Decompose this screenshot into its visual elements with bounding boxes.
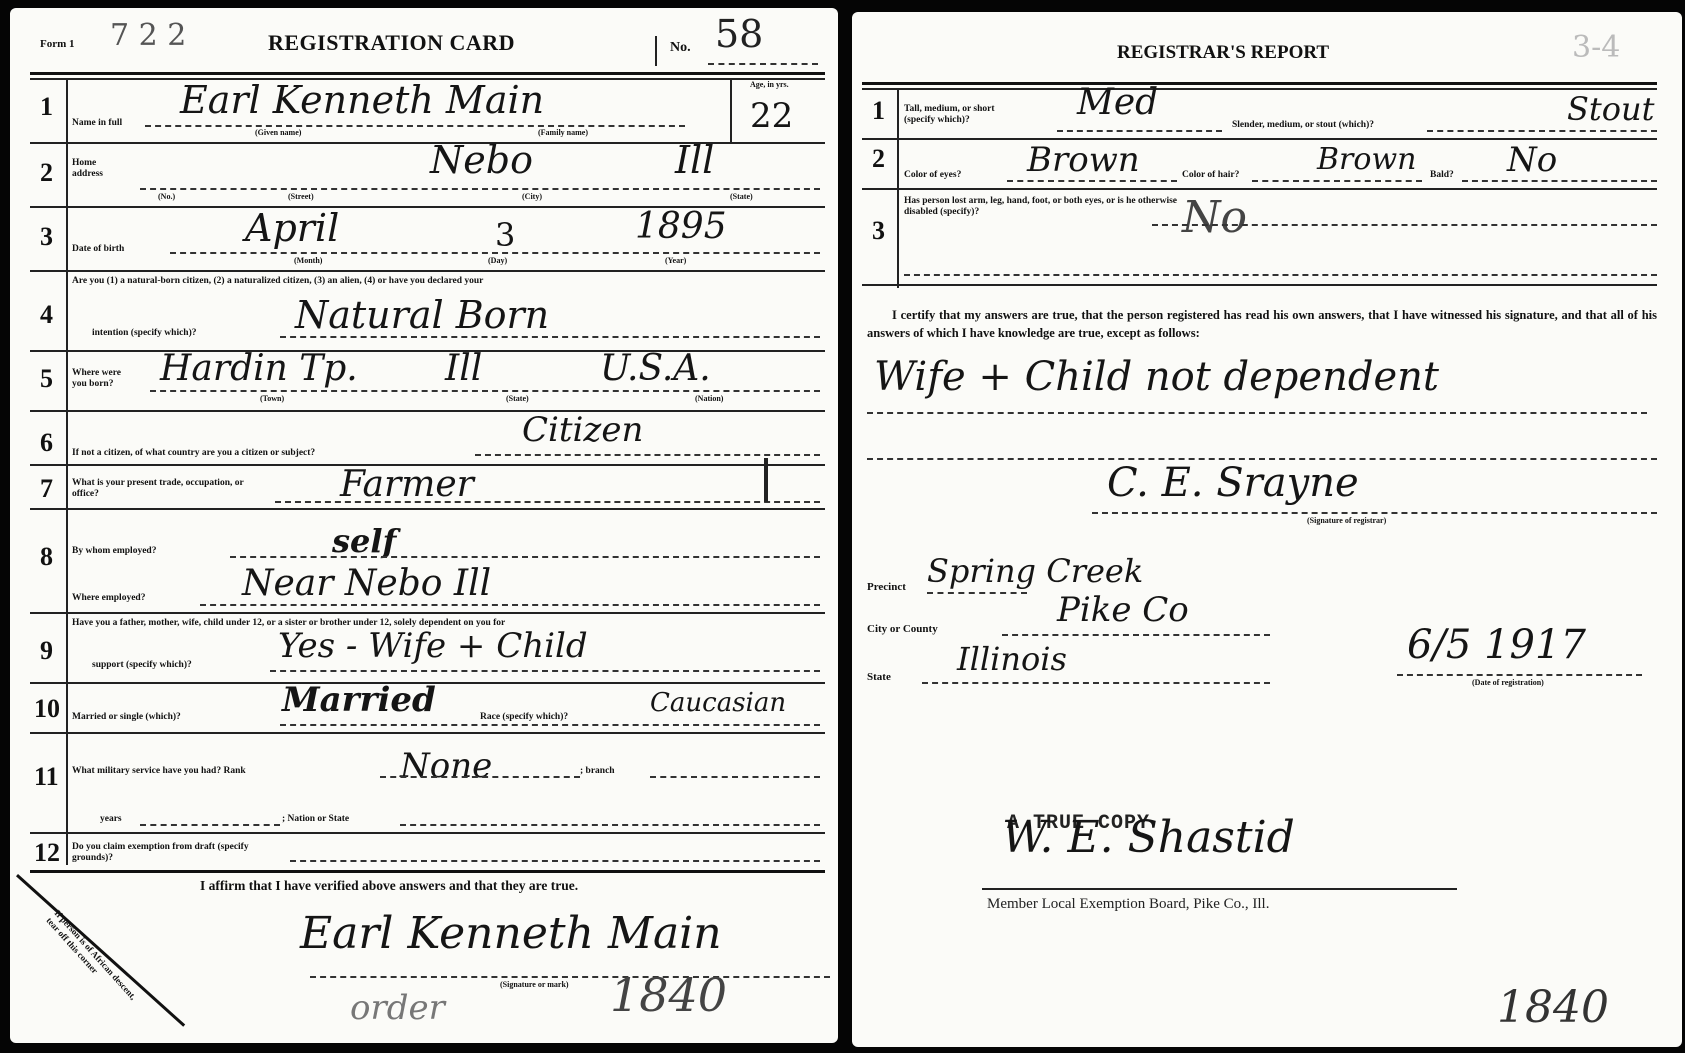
support-label: support (specify which)? — [92, 660, 192, 671]
height-label: Tall, medium, or short (specify which)? — [904, 104, 1014, 126]
dob-day-value: 3 — [495, 216, 515, 254]
birthplace-label: Where were you born? — [72, 368, 132, 390]
signature-caption: (Signature or mark) — [500, 980, 569, 989]
form-label: Form 1 — [40, 38, 75, 50]
report-row-number-2: 2 — [872, 144, 885, 174]
registrant-signature: Earl Kenneth Main — [300, 908, 722, 959]
citizen-of-value: Citizen — [522, 410, 643, 450]
name-label: Name in full — [72, 118, 122, 129]
row-number-10: 10 — [34, 694, 60, 724]
row-number-8: 8 — [40, 542, 53, 572]
registrars-report-back: REGISTRAR'S REPORT 3-4 1 Tall, medium, o… — [852, 12, 1682, 1047]
affirmation-text: I affirm that I have verified above answ… — [200, 878, 578, 894]
citizenship-value: Natural Born — [295, 293, 549, 337]
state-value: Illinois — [957, 640, 1067, 678]
caption-year: (Year) — [665, 256, 686, 265]
report-title: REGISTRAR'S REPORT — [1117, 42, 1329, 64]
dob-year-value: 1895 — [635, 206, 727, 247]
hair-color-label: Color of hair? — [1182, 170, 1239, 181]
height-value: Med — [1077, 82, 1158, 123]
precinct-label: Precinct — [867, 582, 906, 593]
caption-no: (No.) — [158, 192, 175, 201]
registration-date-caption: (Date of registration) — [1472, 678, 1544, 687]
eye-color-value: Brown — [1027, 140, 1140, 180]
row-number-12: 12 — [34, 838, 60, 868]
citizen-of-label: If not a citizen, of what country are yo… — [72, 448, 315, 459]
home-city-value: Nebo — [430, 138, 533, 182]
bald-value: No — [1507, 140, 1557, 180]
row-number-4: 4 — [40, 300, 53, 330]
registrar-signature: C. E. Srayne — [1107, 460, 1359, 506]
occupation-value: Farmer — [340, 464, 474, 505]
military-rank-label: What military service have you had? Rank — [72, 766, 246, 777]
nation-or-state-label: ; Nation or State — [282, 814, 349, 825]
form-number-handwritten: 7 2 2 — [110, 18, 186, 53]
card-number: 58 — [715, 12, 763, 56]
report-row-number-3: 3 — [872, 216, 885, 246]
military-service-value: None — [400, 746, 492, 786]
caption-state: (State) — [730, 192, 753, 201]
row-number-1: 1 — [40, 92, 53, 122]
card-title: REGISTRATION CARD — [268, 30, 515, 56]
exemption-label: Do you claim exemption from draft (speci… — [72, 842, 282, 864]
disability-label: Has person lost arm, leg, hand, foot, or… — [904, 196, 1194, 218]
exception-value: Wife + Child not dependent — [874, 354, 1439, 400]
caption-town: (Town) — [260, 394, 284, 403]
precinct-value: Spring Creek — [927, 552, 1143, 590]
race-value: Caucasian — [650, 688, 786, 718]
pencil-order-number: 1840 — [610, 968, 727, 1022]
birthplace-town-value: Hardin Tp. — [160, 348, 358, 389]
caption-day: (Day) — [488, 256, 507, 265]
back-pencil-number: 1840 — [1497, 982, 1609, 1033]
caption-nation: (Nation) — [695, 394, 723, 403]
years-label: years — [100, 814, 122, 825]
build-value: Stout — [1567, 90, 1655, 128]
birthplace-state-value: Ill — [445, 348, 482, 389]
city-county-label: City or County — [867, 624, 938, 635]
occupation-label: What is your present trade, occupation, … — [72, 478, 272, 500]
row-number-11: 11 — [34, 762, 59, 792]
row-number-5: 5 — [40, 364, 53, 394]
hair-color-value: Brown — [1317, 142, 1416, 177]
given-name-caption: (Given name) — [255, 128, 301, 137]
employment-place-value: Near Nebo Ill — [242, 563, 491, 604]
citizenship-question: Are you (1) a natural-born citizen, (2) … — [72, 276, 483, 287]
caption-street: (Street) — [288, 192, 314, 201]
row-number-7: 7 — [40, 474, 53, 504]
number-label: No. — [670, 40, 691, 56]
age-label: Age, in yrs. — [750, 80, 789, 89]
intention-label: intention (specify which)? — [92, 328, 197, 339]
disability-value: No — [1182, 192, 1247, 243]
employer-label: By whom employed? — [72, 546, 156, 557]
employment-place-label: Where employed? — [72, 593, 145, 604]
birthplace-nation-value: U.S.A. — [600, 348, 711, 389]
eye-color-label: Color of eyes? — [904, 170, 961, 181]
tear-off-corner-note: If person is of African descent, tear of… — [44, 908, 141, 1012]
dob-month-value: April — [245, 206, 339, 250]
home-state-value: Ill — [675, 138, 714, 182]
city-county-value: Pike Co — [1057, 590, 1189, 630]
caption-month: (Month) — [294, 256, 322, 265]
caption-state: (State) — [506, 394, 529, 403]
age-value: 22 — [750, 96, 793, 136]
name-value: Earl Kenneth Main — [180, 78, 544, 122]
certification-text: I certify that my answers are true, that… — [867, 306, 1657, 342]
marital-status-value: Married — [282, 680, 436, 720]
faint-mark: 3-4 — [1572, 30, 1620, 65]
report-row-number-1: 1 — [872, 96, 885, 126]
board-member-signature: W. E. Shastid — [1002, 812, 1295, 863]
bald-label: Bald? — [1430, 170, 1454, 181]
board-caption: Member Local Exemption Board, Pike Co., … — [987, 896, 1269, 913]
row-number-6: 6 — [40, 428, 53, 458]
branch-label: ; branch — [580, 766, 615, 777]
employer-value: self — [332, 522, 396, 560]
state-label: State — [867, 672, 891, 683]
row-number-3: 3 — [40, 222, 53, 252]
row-number-2: 2 — [40, 158, 53, 188]
race-label: Race (specify which)? — [480, 712, 568, 723]
registration-date-value: 6/5 1917 — [1407, 622, 1586, 668]
registration-card-front: Form 1 7 2 2 REGISTRATION CARD No. 58 1 … — [10, 8, 838, 1043]
dob-label: Date of birth — [72, 244, 124, 255]
registrar-signature-caption: (Signature of registrar) — [1307, 516, 1386, 525]
marital-status-label: Married or single (which)? — [72, 712, 181, 723]
row-number-9: 9 — [40, 636, 53, 666]
dependents-value: Yes - Wife + Child — [278, 626, 588, 666]
pencil-note: order — [350, 988, 445, 1028]
caption-city: (City) — [522, 192, 542, 201]
family-name-caption: (Family name) — [538, 128, 588, 137]
build-label: Slender, medium, or stout (which)? — [1232, 120, 1374, 131]
home-address-label: Home address — [72, 158, 122, 180]
